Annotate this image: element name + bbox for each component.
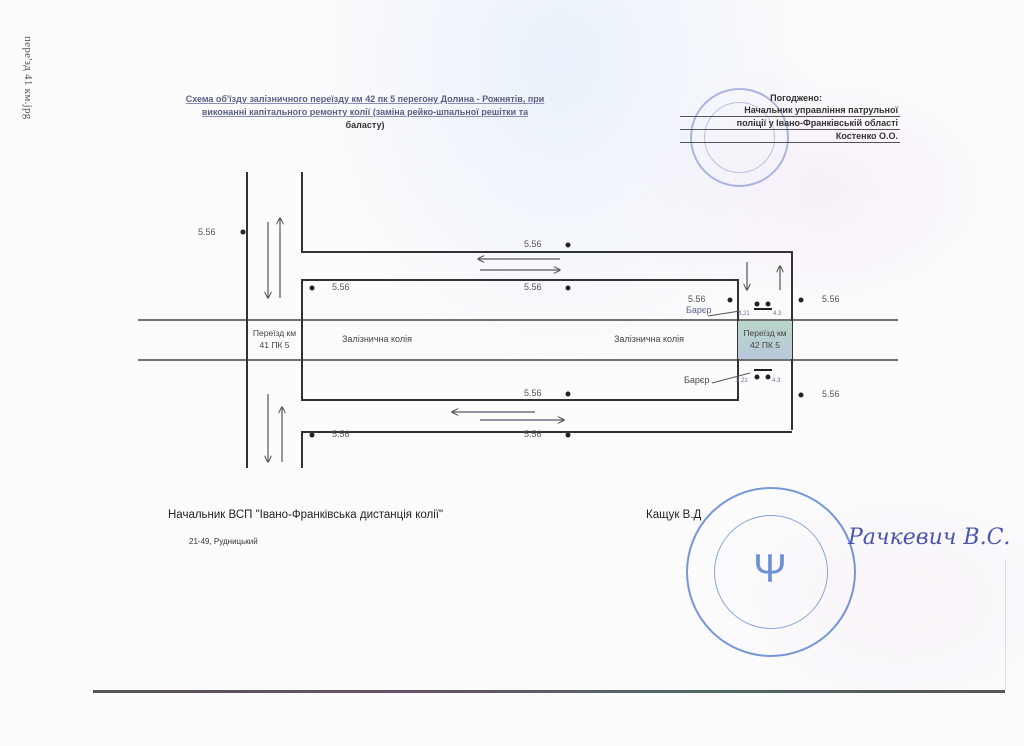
rail-track-label: Залізнична колія bbox=[342, 334, 412, 344]
sign-label: 5.56 bbox=[524, 282, 542, 292]
sign-label: 5.56 bbox=[524, 239, 542, 249]
crossing-41-label: Переїзд км 41 ПК 5 bbox=[248, 327, 301, 351]
page-edge-line bbox=[1005, 560, 1006, 690]
barrier-code: 4.3 bbox=[773, 311, 781, 317]
barrier-code: 3.21 bbox=[736, 378, 748, 384]
executor-note: 21-49, Рудницький bbox=[189, 537, 258, 546]
crossing-42-line-2: 42 ПК 5 bbox=[738, 339, 792, 351]
sign-label: 5.56 bbox=[822, 389, 840, 399]
rail-track-label: Залізнична колія bbox=[614, 334, 684, 344]
road-outer-bottom bbox=[302, 432, 792, 468]
signer-name: Кащук В.Д bbox=[646, 509, 701, 521]
barrier-label-bottom: Барєр bbox=[684, 375, 710, 385]
sign-label: 5.56 bbox=[524, 429, 542, 439]
road-outer-top bbox=[302, 172, 792, 430]
sign-label: 5.56 bbox=[524, 388, 542, 398]
crossing-42-highlight: Переїзд км 42 ПК 5 bbox=[738, 321, 792, 359]
trident-emblem-icon: Ψ bbox=[750, 541, 790, 597]
signer-title: Начальник ВСП "Івано-Франківська дистанц… bbox=[168, 509, 443, 521]
sign-label: 5.56 bbox=[688, 294, 706, 304]
department-stamp: Ψ bbox=[686, 487, 856, 657]
sign-label: 5.56 bbox=[332, 282, 350, 292]
barrier-code: 3.21 bbox=[738, 311, 750, 317]
crossing-41-line-2: 41 ПК 5 bbox=[248, 339, 301, 351]
road-sign-markers bbox=[241, 230, 804, 438]
sign-label: 5.56 bbox=[332, 429, 350, 439]
handwritten-signature: Рачкевич В.С. bbox=[848, 525, 1010, 550]
sign-label: 5.56 bbox=[198, 227, 216, 237]
crossing-42-line-1: Переїзд км bbox=[738, 321, 792, 339]
barrier-label-top: Барєр bbox=[686, 305, 712, 315]
bottom-border-line bbox=[93, 690, 1005, 693]
sign-label: 5.56 bbox=[822, 294, 840, 304]
detour-scheme-diagram bbox=[0, 0, 1024, 746]
crossing-41-line-1: Переїзд км bbox=[248, 327, 301, 339]
barrier-code: 4.3 bbox=[772, 378, 780, 384]
